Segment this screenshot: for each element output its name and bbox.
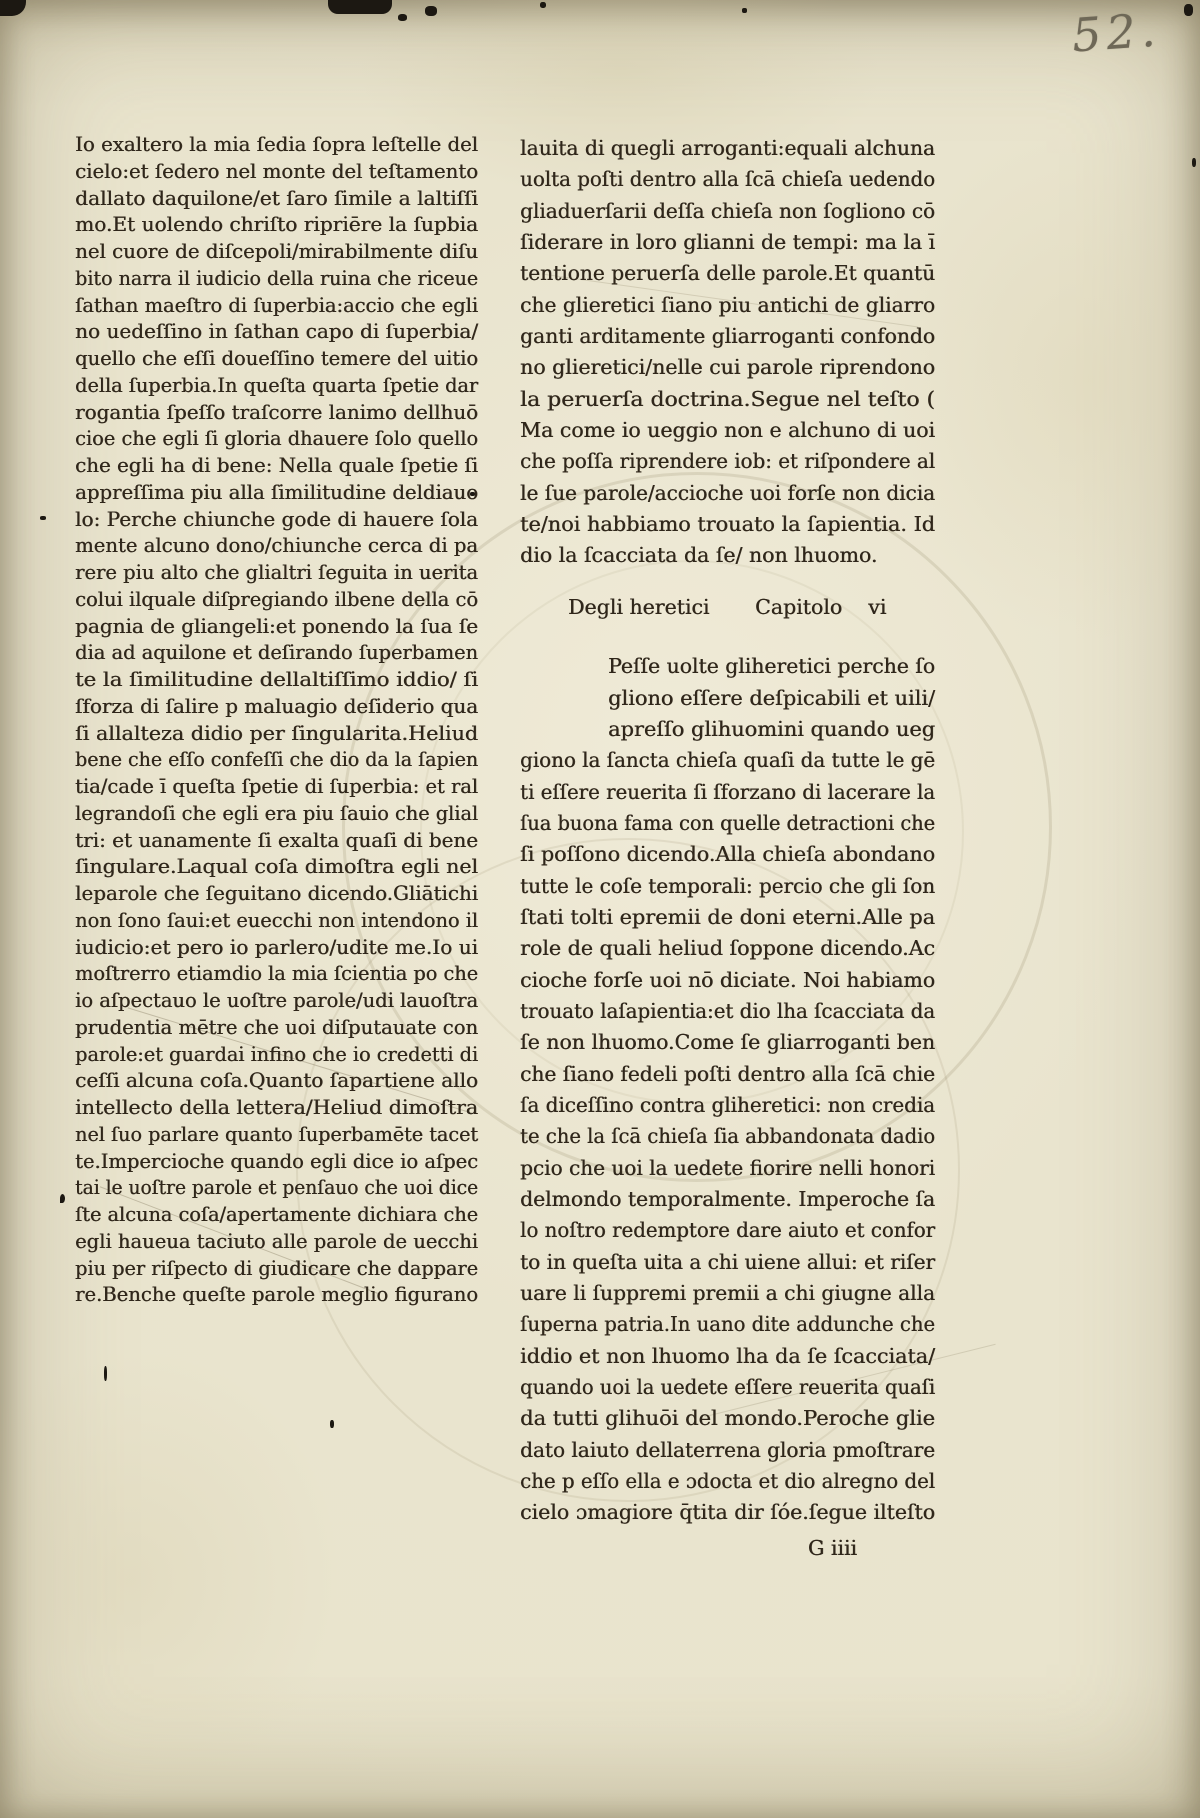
text-line: ſforza di ſalire p maluagio deſiderio qu… [75,693,478,720]
text-line: no uedeſſino in ſathan capo di ſuperbia/ [75,318,478,345]
text-line: ſte alcuna coſa/apertamente dichiara che [75,1201,478,1228]
text-column-right: lauita di quegli arroganti:equali alchun… [520,133,935,1564]
ink-speck [328,0,392,14]
text-line: che glieretici ſiano piu antichi de glia… [520,290,935,321]
text-line: tia/cade ī queſta ſpetie di ſuperbia: et… [75,773,478,800]
text-line-content: quando uoi la uedete eſſere reuerita qua… [520,1372,935,1403]
text-line-content: intellecto della lettera/Heliud dimoſtra [75,1094,478,1121]
text-line: prudentia mētre che uoi diſputauate con [75,1014,478,1041]
text-line: Peſſe uolte gliheretici perche ſo [520,651,935,682]
text-line: non ſono ſaui:et euecchi non intendono i… [75,907,478,934]
text-line: lauita di quegli arroganti:equali alchun… [520,133,935,164]
text-line-content: tri: et uanamente ſi exalta quaſi di ben… [75,827,478,854]
text-line: Io exaltero la mia ſedia ſopra leſtelle … [75,131,478,158]
text-line: ſa diceſſino contra gliheretici: non cre… [520,1090,935,1121]
text-line: dia ad aquilone et deſirando ſuperbamen [75,639,478,666]
text-line-content: uare li ſuppremi premii a chi giugne all… [520,1278,935,1309]
text-line-content: dia ad aquilone et deſirando ſuperbamen [75,639,478,666]
ink-speck [398,14,407,21]
ink-speck [330,1420,334,1428]
text-line: nel ſuo parlare quanto ſuperbamēte tacet [75,1121,478,1148]
text-line-content: ſte alcuna coſa/apertamente dichiara che [75,1201,478,1228]
ink-speck [40,516,46,520]
text-line: ſingulare.Laqual coſa dimoſtra egli nel [75,853,478,880]
text-line-content: Ma come io ueggio non e alchuno di uoi [520,415,935,446]
text-line-content: mente alcuno dono/chiunche cerca di pa [75,532,478,559]
text-line: role de quali heliud ſoppone dicendo.Ac [520,933,935,964]
text-line-content: io aſpectauo le uoſtre parole/udi lauoſt… [75,987,478,1014]
text-line-content: pcio che uoi la uedete fiorire nelli hon… [520,1153,935,1184]
text-line-content: cielo:et ſedero nel monte del teſtamento [75,158,478,185]
text-line: ſi allalteza didio per ſingularita.Heliu… [75,720,478,747]
text-line: tai le uoſtre parole et penſauo che uoi … [75,1174,478,1201]
text-line-content: dallato daquilone/et ſaro ſimile a lalti… [75,185,478,212]
text-line: ti eſſere reuerita ſi ſforzano di lacera… [520,777,935,808]
text-line: ſe non lhuomo.Come ſe gliarroganti ben [520,1027,935,1058]
text-line-content: leparole che ſeguitano dicendo.Gliātichi [75,880,478,907]
text-line: colui ilquale diſpregiando ilbene della … [75,586,478,613]
text-line-content: cioe che egli ſi gloria dhauere ſolo que… [75,425,478,452]
text-line-content: ſuperna patria.In uano dite addunche che [520,1309,935,1340]
text-line: da tutti glihuōi del mondo.Peroche glie [520,1403,935,1434]
text-line-content: cioche forſe uoi nō diciate. Noi habiamo [520,965,935,996]
text-line: egli haueua taciuto alle parole de uecch… [75,1228,478,1255]
text-line-content: role de quali heliud ſoppone dicendo.Ac [520,933,935,964]
text-line: delmondo temporalmente. Imperoche ſa [520,1184,935,1215]
text-line-content: ſathan maeſtro di ſuperbia:accio che egl… [75,292,478,319]
text-line-content: lo noſtro redemptore dare aiuto et confo… [520,1215,935,1246]
text-line-content: ſi poſſono dicendo.Alla chieſa abondano [520,839,935,870]
text-line-content: ſtati tolti epremii de doni eterni.Alle … [520,902,935,933]
text-line: Degli heretici Capitolo vi [520,592,935,623]
text-line-content: to in queſta uita a chi uiene allui: et … [520,1247,935,1278]
text-line-content: non ſono ſaui:et euecchi non intendono i… [75,907,478,934]
text-line: rogantia ſpeſſo traſcorre lanimo dellhuō [75,399,478,426]
text-line: legrandoſi che egli era piu ſauio che gl… [75,800,478,827]
text-line-content: ti eſſere reuerita ſi ſforzano di lacera… [520,777,935,808]
text-line-content: egli haueua taciuto alle parole de uecch… [75,1228,478,1255]
text-line: mo.Et uolendo chriſto ripriēre la ſupbia [75,211,478,238]
text-line-content: dato laiuto dellaterrena gloria pmoſtrar… [520,1435,935,1466]
text-line-content: quello che eſſi doueſſino temere del uit… [75,345,478,372]
text-line-content: ceſſi alcuna coſa.Quanto ſapartiene allo [75,1067,478,1094]
text-line: no glieretici/nelle cui parole riprendon… [520,352,935,383]
text-line: ſi poſſono dicendo.Alla chieſa abondano [520,839,935,870]
text-line-content: gliaduerſarii deſſa chieſa non ſogliono … [520,196,935,227]
text-line: che egli ha di bene: Nella quale ſpetie … [75,452,478,479]
text-line-content: trouato laſapientia:et dio lha ſcacciata… [520,996,935,1027]
text-line-content: piu per riſpecto di giudicare che dappar… [75,1255,478,1282]
text-line-content: iudicio:et pero io parlero/udite me.Io u… [75,934,478,961]
text-line-content: te che la ſcā chieſa ſia abbandonata dad… [520,1121,935,1152]
text-line-content: lo: Perche chiunche gode di hauere ſola [75,506,478,533]
text-line: gliaduerſarii deſſa chieſa non ſogliono … [520,196,935,227]
text-line: te/noi habbiamo trouato la ſapientia. Id [520,509,935,540]
text-line: te che la ſcā chieſa ſia abbandonata dad… [520,1121,935,1152]
text-line: piu per riſpecto di giudicare che dappar… [75,1255,478,1282]
text-line-content: te/noi habbiamo trouato la ſapientia. Id [520,509,935,540]
text-line: dio la ſcacciata da ſe/ non lhuomo. [520,540,935,571]
text-line-content: nel cuore de diſcepoli/mirabilmente diſu [75,238,478,265]
text-column-left: Io exaltero la mia ſedia ſopra leſtelle … [75,131,478,1308]
text-line-content: tia/cade ī queſta ſpetie di ſuperbia: et… [75,773,478,800]
text-line-content: appreſſima piu alla ſimilitudine deldiau… [75,479,478,506]
text-line: lo noſtro redemptore dare aiuto et confo… [520,1215,935,1246]
text-line: moſtrerro etiamdio la mia ſcientia po ch… [75,960,478,987]
text-line: tutte le coſe temporali: percio che gli … [520,871,935,902]
text-line-content: nel ſuo parlare quanto ſuperbamēte tacet [75,1121,478,1148]
text-line: bito narra il iudicio della ruina che ri… [75,265,478,292]
text-line-content: Io exaltero la mia ſedia ſopra leſtelle … [75,131,478,158]
text-line: dato laiuto dellaterrena gloria pmoſtrar… [520,1435,935,1466]
text-line: io aſpectauo le uoſtre parole/udi lauoſt… [75,987,478,1014]
ink-speck [742,8,747,13]
text-line: ſua buona fama con quelle detractioni ch… [520,808,935,839]
ink-speck [60,1194,65,1203]
text-line: la peruerſa doctrina.Segue nel teſto ( [520,384,935,415]
ink-speck [540,2,546,8]
text-line: trouato laſapientia:et dio lha ſcacciata… [520,996,935,1027]
text-line-content: che poſſa riprendere iob: et riſpondere … [520,446,935,477]
text-line-content: gliono eſſere deſpicabili et uili/ [608,683,935,714]
text-line-content: bene che eſſo confeſſi che dio da la ſap… [75,746,478,773]
text-line: pcio che uoi la uedete fiorire nelli hon… [520,1153,935,1184]
text-line: quello che eſſi doueſſino temere del uit… [75,345,478,372]
text-line: appreſſima piu alla ſimilitudine deldiau… [75,479,478,506]
text-line-content: bito narra il iudicio della ruina che ri… [75,265,478,292]
ink-speck [425,6,437,16]
text-line: leparole che ſeguitano dicendo.Gliātichi [75,880,478,907]
text-line: cielo:et ſedero nel monte del teſtamento [75,158,478,185]
text-line: dallato daquilone/et ſaro ſimile a lalti… [75,185,478,212]
text-line-content: da tutti glihuōi del mondo.Peroche glie [520,1403,935,1434]
text-line-content: legrandoſi che egli era piu ſauio che gl… [75,800,478,827]
text-line: tri: et uanamente ſi exalta quaſi di ben… [75,827,478,854]
text-line: uolta poſti dentro alla ſcā chieſa ueden… [520,164,935,195]
text-line-content: ſiderare in loro glianni de tempi: ma la… [520,227,935,258]
text-line: to in queſta uita a chi uiene allui: et … [520,1247,935,1278]
text-line: lo: Perche chiunche gode di hauere ſola [75,506,478,533]
text-line: cielo ɔmagiore q̄tita dir ſóe.ſegue ilte… [520,1497,935,1528]
text-line-content: rere piu alto che glialtri ſeguita in ue… [75,559,478,586]
text-line-content: che p eſſo ella e ɔdocta et dio alregno … [520,1466,935,1497]
text-line: G iiii [520,1533,935,1564]
text-line: ſiderare in loro glianni de tempi: ma la… [520,227,935,258]
text-line: nel cuore de diſcepoli/mirabilmente diſu [75,238,478,265]
text-line-content: cielo ɔmagiore q̄tita dir ſóe.ſegue ilte… [520,1497,935,1528]
text-line: cioche forſe uoi nō diciate. Noi habiamo [520,965,935,996]
text-line: mente alcuno dono/chiunche cerca di pa [75,532,478,559]
text-line: cioe che egli ſi gloria dhauere ſolo que… [75,425,478,452]
text-line-content: ſi allalteza didio per ſingularita.Heliu… [75,720,478,747]
handwritten-page-number: 52. [1070,0,1200,62]
text-line: re.Benche queſte parole meglio figurano [75,1281,478,1308]
text-line-content: re.Benche queſte parole meglio figurano [75,1281,478,1308]
text-line: bene che eſſo confeſſi che dio da la ſap… [75,746,478,773]
text-line: le ſue parole/accioche uoi forſe non dic… [520,478,935,509]
text-line-content: che glieretici ſiano piu antichi de glia… [520,290,935,321]
text-line: ſathan maeſtro di ſuperbia:accio che egl… [75,292,478,319]
text-line: che p eſſo ella e ɔdocta et dio alregno … [520,1466,935,1497]
text-line: apreſſo glihuomini quando ueg [520,714,935,745]
text-line-content: ſingulare.Laqual coſa dimoſtra egli nel [75,853,478,880]
text-line: che ſiano fedeli poſti dentro alla ſcā c… [520,1059,935,1090]
text-line-content: le ſue parole/accioche uoi forſe non dic… [520,478,935,509]
text-line: parole:et guardai infino che io credetti… [75,1041,478,1068]
paper-stain [0,1350,340,1810]
text-line-content: delmondo temporalmente. Imperoche ſa [520,1184,935,1215]
text-line-content: della ſuperbia.In queſta quarta ſpetie d… [75,372,478,399]
text-line-content: apreſſo glihuomini quando ueg [608,714,935,745]
text-line-content: tutte le coſe temporali: percio che gli … [520,871,935,902]
book-page-scan: 52. Io exaltero la mia ſedia ſopra leſte… [0,0,1200,1818]
text-line: rere piu alto che glialtri ſeguita in ue… [75,559,478,586]
text-line-content: no uedeſſino in ſathan capo di ſuperbia/ [75,318,478,345]
text-line-content: pagnia de gliangeli:et ponendo la ſua ſe [75,613,478,640]
text-line: gliono eſſere deſpicabili et uili/ [520,683,935,714]
text-line: della ſuperbia.In queſta quarta ſpetie d… [75,372,478,399]
text-line: uare li ſuppremi premii a chi giugne all… [520,1278,935,1309]
text-line-content: ganti arditamente gliarroganti confondo [520,321,935,352]
text-line-content: tentione peruerſa delle parole.Et quantū [520,258,935,289]
text-line-content: ſa diceſſino contra gliheretici: non cre… [520,1090,935,1121]
text-line-content: ſe non lhuomo.Come ſe gliarroganti ben [520,1027,935,1058]
text-line: iudicio:et pero io parlero/udite me.Io u… [75,934,478,961]
text-line-content: prudentia mētre che uoi diſputauate con [75,1014,478,1041]
text-line: ceſſi alcuna coſa.Quanto ſapartiene allo [75,1067,478,1094]
text-line: giono la ſancta chieſa quaſi da tutte le… [520,745,935,776]
text-line: pagnia de gliangeli:et ponendo la ſua ſe [75,613,478,640]
text-line-content: la peruerſa doctrina.Segue nel teſto ( [520,384,935,415]
text-line: tentione peruerſa delle parole.Et quantū [520,258,935,289]
text-line-content: parole:et guardai infino che io credetti… [75,1041,478,1068]
text-line-content: mo.Et uolendo chriſto ripriēre la ſupbia [75,211,478,238]
text-line-content: dio la ſcacciata da ſe/ non lhuomo. [520,540,877,571]
text-line-content: tai le uoſtre parole et penſauo che uoi … [75,1174,478,1201]
text-line-content: ſforza di ſalire p maluagio deſiderio qu… [75,693,478,720]
ink-speck [0,0,26,16]
text-line: iddio et non lhuomo lha da ſe ſcacciata/ [520,1341,935,1372]
text-line: che poſſa riprendere iob: et riſpondere … [520,446,935,477]
ink-speck [104,1366,107,1381]
text-line-content: colui ilquale diſpregiando ilbene della … [75,586,478,613]
text-line-content: giono la ſancta chieſa quaſi da tutte le… [520,745,935,776]
text-line: intellecto della lettera/Heliud dimoſtra [75,1094,478,1121]
text-line-content: moſtrerro etiamdio la mia ſcientia po ch… [75,960,478,987]
text-line-content: G iiii [808,1533,857,1564]
text-line-content: Degli heretici Capitolo vi [568,592,886,623]
text-line-content: te.Impercioche quando egli dice io aſpec [75,1148,478,1175]
text-line: te.Impercioche quando egli dice io aſpec [75,1148,478,1175]
text-line-content: rogantia ſpeſſo traſcorre lanimo dellhuō [75,399,478,426]
text-line-content: uolta poſti dentro alla ſcā chieſa ueden… [520,164,935,195]
text-line-content: lauita di quegli arroganti:equali alchun… [520,133,935,164]
text-line: ſtati tolti epremii de doni eterni.Alle … [520,902,935,933]
text-line: ganti arditamente gliarroganti confondo [520,321,935,352]
text-line-content: Peſſe uolte gliheretici perche ſo [608,651,935,682]
text-line: ſuperna patria.In uano dite addunche che [520,1309,935,1340]
text-line: quando uoi la uedete eſſere reuerita qua… [520,1372,935,1403]
text-line-content: che ſiano fedeli poſti dentro alla ſcā c… [520,1059,935,1090]
text-line-content: te la ſimilitudine dellaltiſſimo iddio/ … [75,666,478,693]
text-line: Ma come io ueggio non e alchuno di uoi [520,415,935,446]
ink-speck [1192,158,1196,167]
text-line-content: che egli ha di bene: Nella quale ſpetie … [75,452,478,479]
text-line-content: ſua buona fama con quelle detractioni ch… [520,808,935,839]
text-line-content: no glieretici/nelle cui parole riprendon… [520,352,935,383]
text-line: te la ſimilitudine dellaltiſſimo iddio/ … [75,666,478,693]
text-line-content: iddio et non lhuomo lha da ſe ſcacciata/ [520,1341,935,1372]
